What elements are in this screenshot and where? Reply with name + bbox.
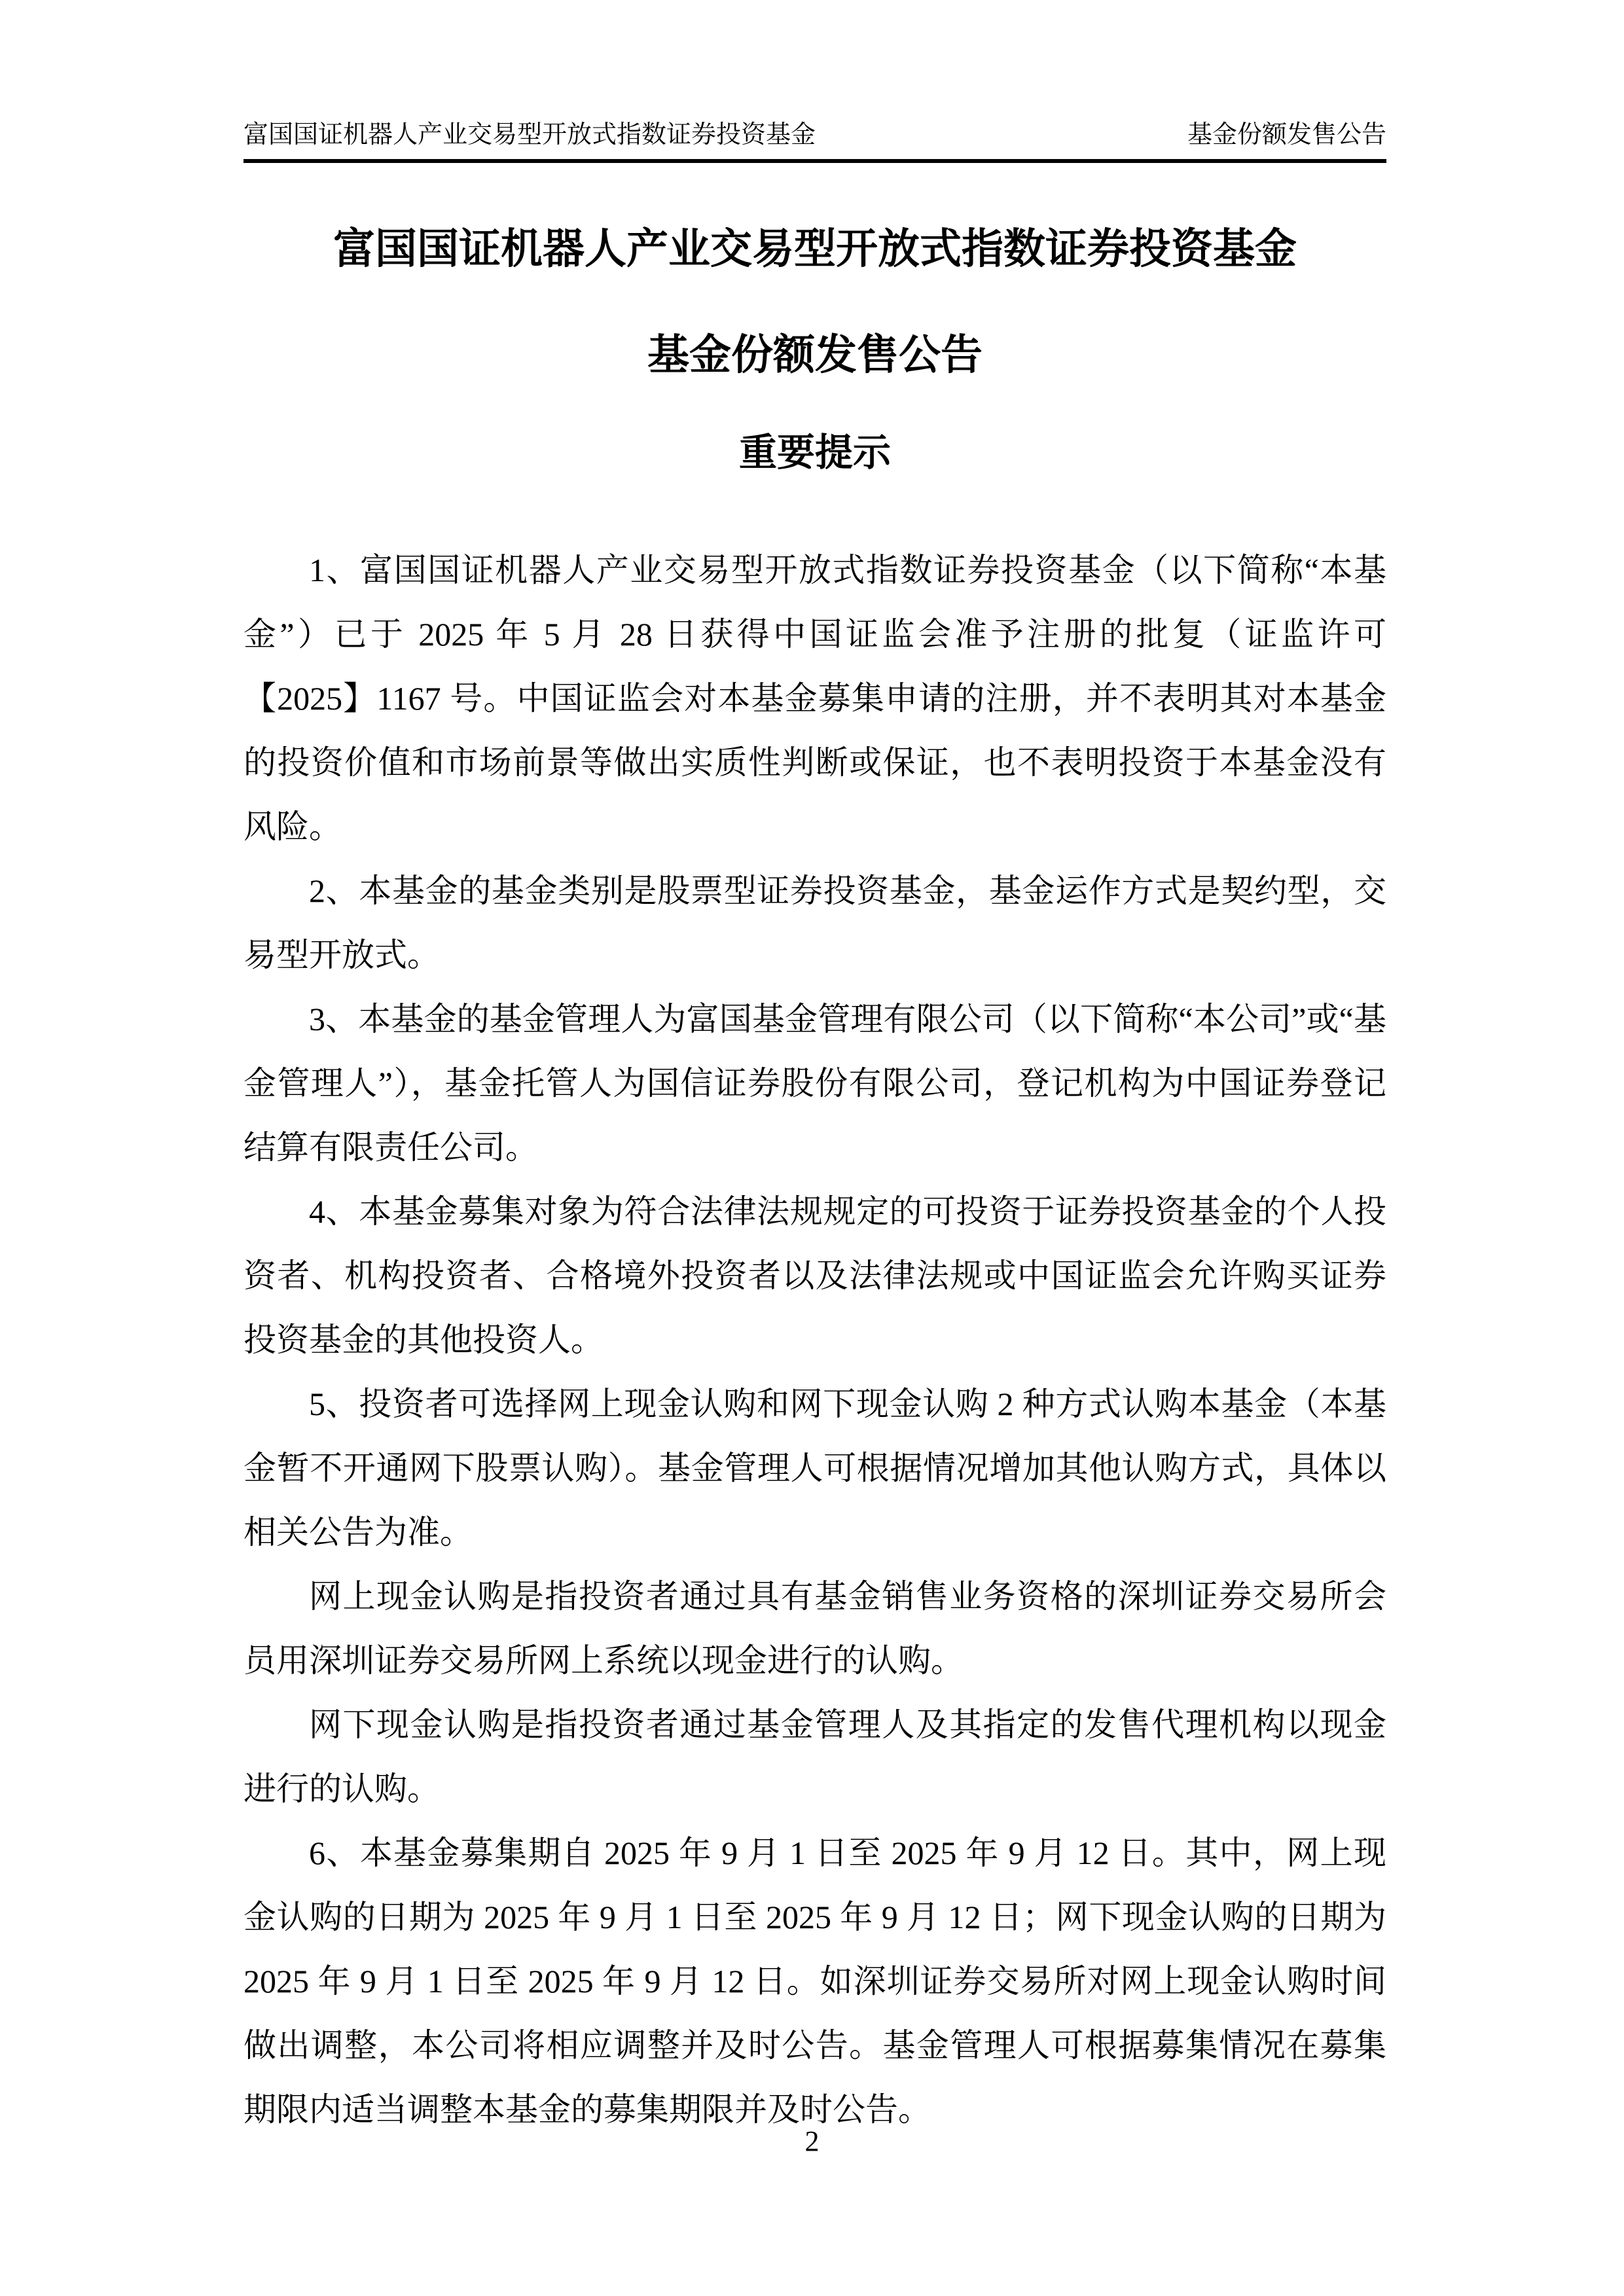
paragraph-5: 5、投资者可选择网上现金认购和网下现金认购 2 种方式认购本基金（本基金暂不开通…	[244, 1372, 1386, 1564]
paragraph-2: 2、本基金的基金类别是股票型证券投资基金，基金运作方式是契约型，交易型开放式。	[244, 859, 1386, 987]
page-content: 富国国证机器人产业交易型开放式指数证券投资基金 基金份额发售公告 富国国证机器人…	[0, 0, 1624, 2142]
paragraph-3: 3、本基金的基金管理人为富国基金管理有限公司（以下简称“本公司”或“基金管理人”…	[244, 987, 1386, 1179]
document-page: 富国国证机器人产业交易型开放式指数证券投资基金 基金份额发售公告 富国国证机器人…	[0, 0, 1624, 2296]
fund-name-title: 富国国证机器人产业交易型开放式指数证券投资基金	[244, 223, 1386, 276]
paragraph-4: 4、本基金募集对象为符合法律法规规定的可投资于证券投资基金的个人投资者、机构投资…	[244, 1179, 1386, 1372]
paragraph-offline-cash-subscription: 网下现金认购是指投资者通过基金管理人及其指定的发售代理机构以现金进行的认购。	[244, 1693, 1386, 1821]
header-fund-name: 富国国证机器人产业交易型开放式指数证券投资基金	[244, 118, 816, 151]
announcement-title: 基金份额发售公告	[244, 329, 1386, 382]
page-number: 2	[0, 2125, 1624, 2158]
paragraph-6: 6、本基金募集期自 2025 年 9 月 1 日至 2025 年 9 月 12 …	[244, 1821, 1386, 2142]
paragraph-online-cash-subscription: 网上现金认购是指投资者通过具有基金销售业务资格的深圳证券交易所会员用深圳证券交易…	[244, 1564, 1386, 1693]
important-notice-heading: 重要提示	[244, 429, 1386, 477]
header-line: 富国国证机器人产业交易型开放式指数证券投资基金 基金份额发售公告	[244, 118, 1386, 151]
header-doc-type: 基金份额发售公告	[1187, 118, 1386, 151]
paragraph-1: 1、富国国证机器人产业交易型开放式指数证券投资基金（以下简称“本基金”）已于 2…	[244, 538, 1386, 859]
page-header: 富国国证机器人产业交易型开放式指数证券投资基金 基金份额发售公告	[244, 0, 1386, 163]
body-text: 1、富国国证机器人产业交易型开放式指数证券投资基金（以下简称“本基金”）已于 2…	[244, 538, 1386, 2142]
